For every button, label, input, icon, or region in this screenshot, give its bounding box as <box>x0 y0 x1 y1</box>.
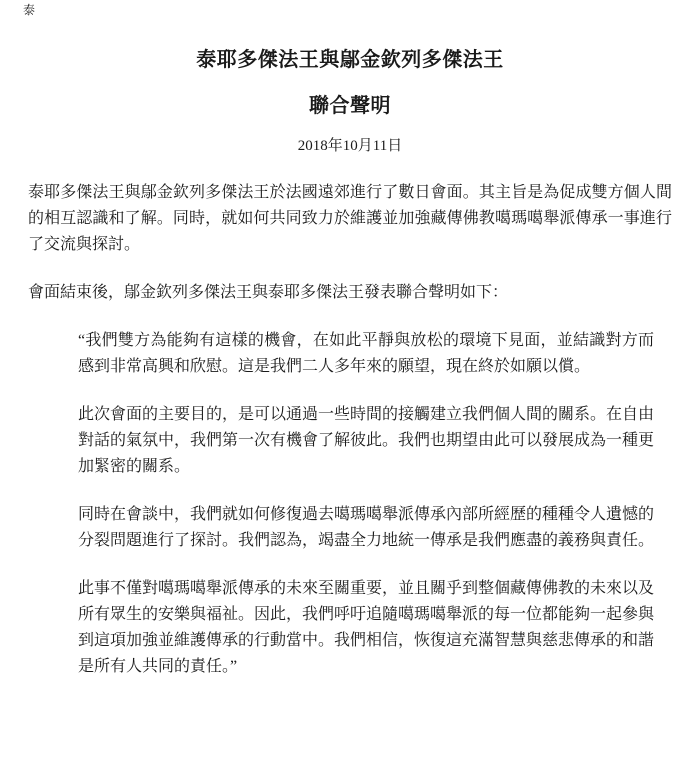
quote-paragraph-4: 此事不僅對噶瑪噶舉派傳承的未來至關重要，並且關乎到整個藏傳佛教的未來以及所有眾生… <box>78 576 654 680</box>
intro-paragraph-1: 泰耶多傑法王與鄔金欽列多傑法王於法國遠郊進行了數日會面。其主旨是為促成雙方個人間… <box>28 180 672 258</box>
joint-statement-quote: “我們雙方為能夠有這樣的機會，在如此平靜與放松的環境下見面，並結識對方而感到非常… <box>78 328 654 680</box>
document-subtitle: 聯合聲明 <box>28 92 672 120</box>
document-title: 泰耶多傑法王與鄔金欽列多傑法王 <box>28 46 672 74</box>
document-page: 泰 泰耶多傑法王與鄔金欽列多傑法王 聯合聲明 2018年10月11日 泰耶多傑法… <box>0 0 700 776</box>
intro-paragraph-2: 會面結束後，鄔金欽列多傑法王與泰耶多傑法王發表聯合聲明如下： <box>28 280 672 306</box>
corner-page-artifact: 泰 <box>23 3 35 17</box>
document-date: 2018年10月11日 <box>28 136 672 156</box>
quote-paragraph-3: 同時在會談中，我們就如何修復過去噶瑪噶舉派傳承內部所經歷的種種令人遺憾的分裂問題… <box>78 502 654 554</box>
quote-paragraph-2: 此次會面的主要目的，是可以通過一些時間的接觸建立我們個人間的關系。在自由對話的氣… <box>78 402 654 480</box>
quote-paragraph-1: “我們雙方為能夠有這樣的機會，在如此平靜與放松的環境下見面，並結識對方而感到非常… <box>78 328 654 380</box>
